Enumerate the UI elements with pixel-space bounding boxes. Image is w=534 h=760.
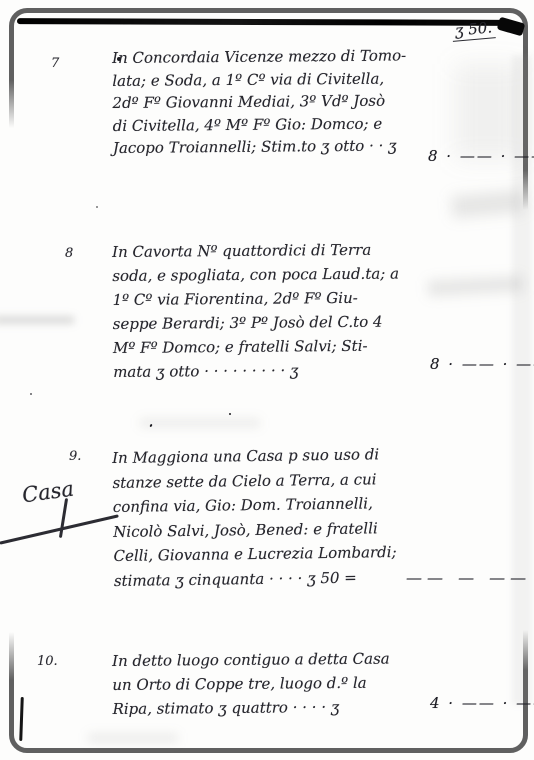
entry-text: In Maggiona una Casa p suo uso di stanze… (112, 442, 434, 593)
handwritten-line: 2dº Fº Giovanni Mediai, 3º Vdº Josò (112, 89, 432, 114)
frame-fade-right (518, 170, 532, 670)
page-edge-shadow-bottom-left (19, 697, 24, 741)
handwritten-line: mata ʒ otto · · · · · · · · · ʒ (113, 357, 433, 384)
handwritten-line: Jacopo Troiannelli; Stim.to ʒ otto · · ʒ (113, 134, 433, 159)
entry-text: In Cavorta Nº quattordici di Terra soda,… (112, 237, 433, 384)
handwritten-line: Mº Fº Domco; e fratelli Salvi; Sti- (113, 333, 433, 360)
handwritten-line: di Civitella, 4º Mº Fº Gio: Domco; e (113, 112, 433, 137)
handwritten-line: seppe Berardi; 3º Pº Josò del C.to 4 (113, 309, 433, 336)
scan-smudge (451, 190, 525, 218)
entry-amount: 4 · —— · —— (430, 694, 534, 712)
entry-number: 8 (65, 246, 73, 261)
manuscript-page: ʒ 50. 7 In Concordaia Vicenze mezzo di T… (0, 0, 534, 760)
handwritten-line: lata; e Soda, a 1º Cº via di Civitella, (112, 67, 432, 92)
margin-note-tail (59, 498, 68, 538)
entry-amount: 8 · —— · —— (430, 355, 534, 373)
scan-smudge (455, 64, 521, 159)
scan-smudge (140, 418, 260, 428)
entry-text: In Concordaia Vicenze mezzo di Tomo- lat… (112, 44, 433, 159)
handwritten-line: In Concordaia Vicenze mezzo di Tomo- (112, 44, 432, 69)
entry-text: In detto luogo contiguo a detta Casa un … (112, 646, 433, 721)
handwritten-line: 1º Cº via Fiorentina, 2dº Fº Giu- (112, 285, 432, 312)
ink-speckle (30, 393, 32, 395)
entry-amount: 8 · —— · —— (428, 147, 534, 165)
entry-amount-dashes: —— — —— —— (406, 568, 534, 587)
handwritten-line: In Cavorta Nº quattordici di Terra (112, 237, 432, 264)
handwritten-line: Ripa, stimato ʒ quattro · · · · ʒ (112, 694, 432, 721)
handwritten-line: soda, e spogliata, con poca Laud.ta; a (112, 261, 432, 288)
ink-speckle (229, 413, 231, 415)
handwritten-line: stimata ʒ cinquanta · · · · ʒ 50 = (114, 564, 434, 593)
page-edge-shadow-top (17, 18, 507, 26)
entry-number: 7 (51, 56, 59, 71)
handwritten-line: un Orto di Coppe tre, luogo d.º la (112, 670, 432, 697)
scan-smudge (428, 276, 524, 297)
page-edge-shadow-top-right (497, 17, 526, 37)
frame-fade-left (5, 80, 19, 680)
scan-smudge (88, 733, 178, 743)
carried-total: ʒ 50. (451, 18, 496, 42)
entry-number: 10. (37, 654, 58, 669)
ink-speckle (149, 424, 152, 428)
entry-number: 9. (69, 449, 81, 464)
margin-note-casa: Casa (21, 477, 76, 508)
handwritten-line: Celli, Giovanna e Lucrezia Lombardi; (113, 540, 433, 569)
ink-speckle (96, 206, 98, 208)
handwritten-line: In detto luogo contiguo a detta Casa (112, 646, 432, 673)
